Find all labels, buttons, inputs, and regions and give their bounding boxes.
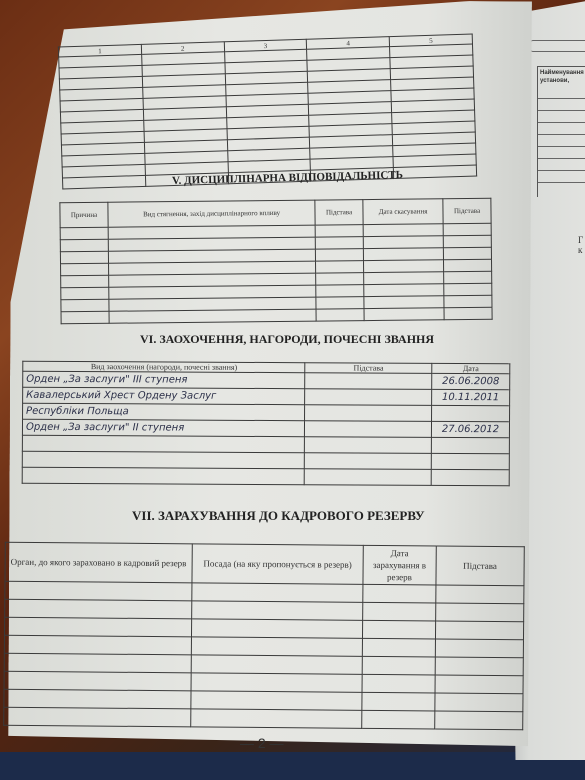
adjacent-page-table: Найменування установи, (537, 66, 585, 197)
table-cell (362, 692, 435, 711)
awards-header-2: Дата (432, 363, 510, 373)
table-cell (444, 271, 492, 284)
table-cell (436, 585, 524, 604)
table-cell (363, 602, 436, 621)
awards-table: Вид заохочення (нагороди, почесні звання… (22, 361, 511, 487)
table-cell (61, 263, 109, 276)
table-cell (435, 621, 523, 640)
award-name (22, 451, 305, 468)
discipline-header-3: Дата скасування (363, 199, 443, 225)
table-cell (363, 248, 443, 261)
award-basis (305, 389, 432, 406)
discipline-header-0: Причина (60, 202, 108, 228)
table-cell (444, 295, 492, 308)
table-cell (191, 673, 362, 692)
discipline-header-2: Підстава (315, 200, 363, 225)
table-cell (362, 638, 435, 657)
adjacent-page-text: Г к (578, 235, 585, 255)
table-cell (364, 296, 444, 309)
table-cell (192, 583, 363, 602)
award-basis (305, 437, 432, 454)
table-iv: 12345 (58, 34, 477, 190)
award-name (22, 467, 305, 484)
award-date: 27.06.2012 (432, 421, 510, 437)
table-cell (4, 653, 191, 673)
discipline-table: ПричинаВид стягнення, захід дисциплінарн… (59, 198, 492, 325)
table-cell (362, 710, 435, 729)
table-cell (316, 261, 364, 273)
table-cell (362, 656, 435, 675)
reserve-header-2: Дата зарахування в резерв (363, 545, 436, 585)
table-cell (191, 709, 362, 728)
award-date (432, 405, 510, 421)
award-date (431, 453, 509, 469)
award-date: 26.06.2008 (432, 373, 510, 389)
table-cell (435, 693, 523, 712)
table-cell (316, 249, 364, 261)
table-cell (61, 275, 109, 288)
table-cell (363, 584, 436, 603)
table-cell (61, 311, 109, 324)
table-cell (5, 581, 192, 601)
table-cell (444, 307, 492, 320)
award-name: Кавалерський Хрест Ордену Заслуг (23, 387, 306, 404)
table-cell (4, 617, 191, 637)
table-cell (191, 655, 362, 674)
table-cell (191, 691, 362, 710)
table-cell (364, 308, 444, 321)
award-name: Республіки Польща (23, 403, 306, 420)
adjacent-page-field (530, 40, 585, 52)
table-cell (364, 284, 444, 297)
table-cell (60, 251, 108, 264)
discipline-header-4: Підстава (443, 198, 491, 223)
table-cell (363, 620, 436, 639)
background-fabric (0, 752, 585, 780)
section-vi-title: VI. ЗАОХОЧЕННЯ, НАГОРОДИ, ПОЧЕСНІ ЗВАННЯ (140, 332, 434, 347)
award-name: Орден „За заслуги" ІІІ ступеня (23, 371, 306, 388)
award-basis (305, 421, 432, 438)
table-cell (434, 711, 522, 730)
table-cell (4, 707, 191, 727)
table-cell (316, 273, 364, 285)
table-cell (316, 285, 364, 297)
page-number: — 2 — (240, 735, 284, 751)
discipline-header-1: Вид стягнення, захід дисциплінарного впл… (108, 200, 315, 227)
reserve-table: Орган, до якого зараховано в кадровий ре… (3, 542, 525, 731)
table-cell (435, 639, 523, 658)
table-cell (60, 227, 108, 240)
table-cell (4, 635, 191, 655)
awards-header-1: Підстава (305, 363, 432, 374)
table-cell (4, 689, 191, 709)
award-name (22, 435, 305, 452)
table-cell (363, 260, 443, 273)
table-cell (394, 165, 477, 179)
table-cell (444, 259, 492, 272)
table-cell (435, 603, 523, 622)
table-cell (191, 637, 362, 656)
table-cell (4, 671, 191, 691)
table-cell (109, 309, 316, 323)
table-cell (316, 309, 364, 321)
award-date (431, 469, 509, 485)
award-date: 10.11.2011 (432, 389, 510, 405)
table-cell (443, 235, 491, 248)
table-cell (363, 224, 443, 237)
table-row (4, 707, 523, 730)
table-cell (61, 299, 109, 312)
award-basis (305, 373, 432, 390)
table-cell (315, 225, 363, 237)
reserve-header-3: Підстава (436, 546, 525, 586)
table-cell (191, 619, 362, 638)
award-basis (305, 453, 432, 470)
table-cell (443, 223, 491, 236)
award-name: Орден „За заслуги" ІІ ступеня (22, 419, 305, 436)
award-row (22, 467, 509, 486)
section-vii-title: VII. ЗАРАХУВАННЯ ДО КАДРОВОГО РЕЗЕРВУ (132, 508, 425, 524)
table-cell (364, 272, 444, 285)
table-cell (60, 239, 108, 252)
table-cell (315, 237, 363, 249)
table-cell (444, 247, 492, 260)
award-date (431, 437, 509, 453)
table-cell (435, 675, 523, 694)
reserve-header-1: Посада (на яку пропонується в резерв) (192, 544, 364, 584)
table-cell (444, 283, 492, 296)
table-cell (61, 287, 109, 300)
table-cell (191, 601, 362, 620)
table-cell (316, 297, 364, 309)
adjacent-table-header: Найменування установи, (538, 67, 585, 87)
table-cell (62, 175, 145, 189)
award-basis (305, 469, 432, 486)
table-cell (5, 599, 192, 619)
award-basis (305, 405, 432, 422)
table-cell (363, 236, 443, 249)
table-cell (362, 674, 435, 693)
table-cell (435, 657, 523, 676)
reserve-header-0: Орган, до якого зараховано в кадровий ре… (5, 542, 192, 583)
